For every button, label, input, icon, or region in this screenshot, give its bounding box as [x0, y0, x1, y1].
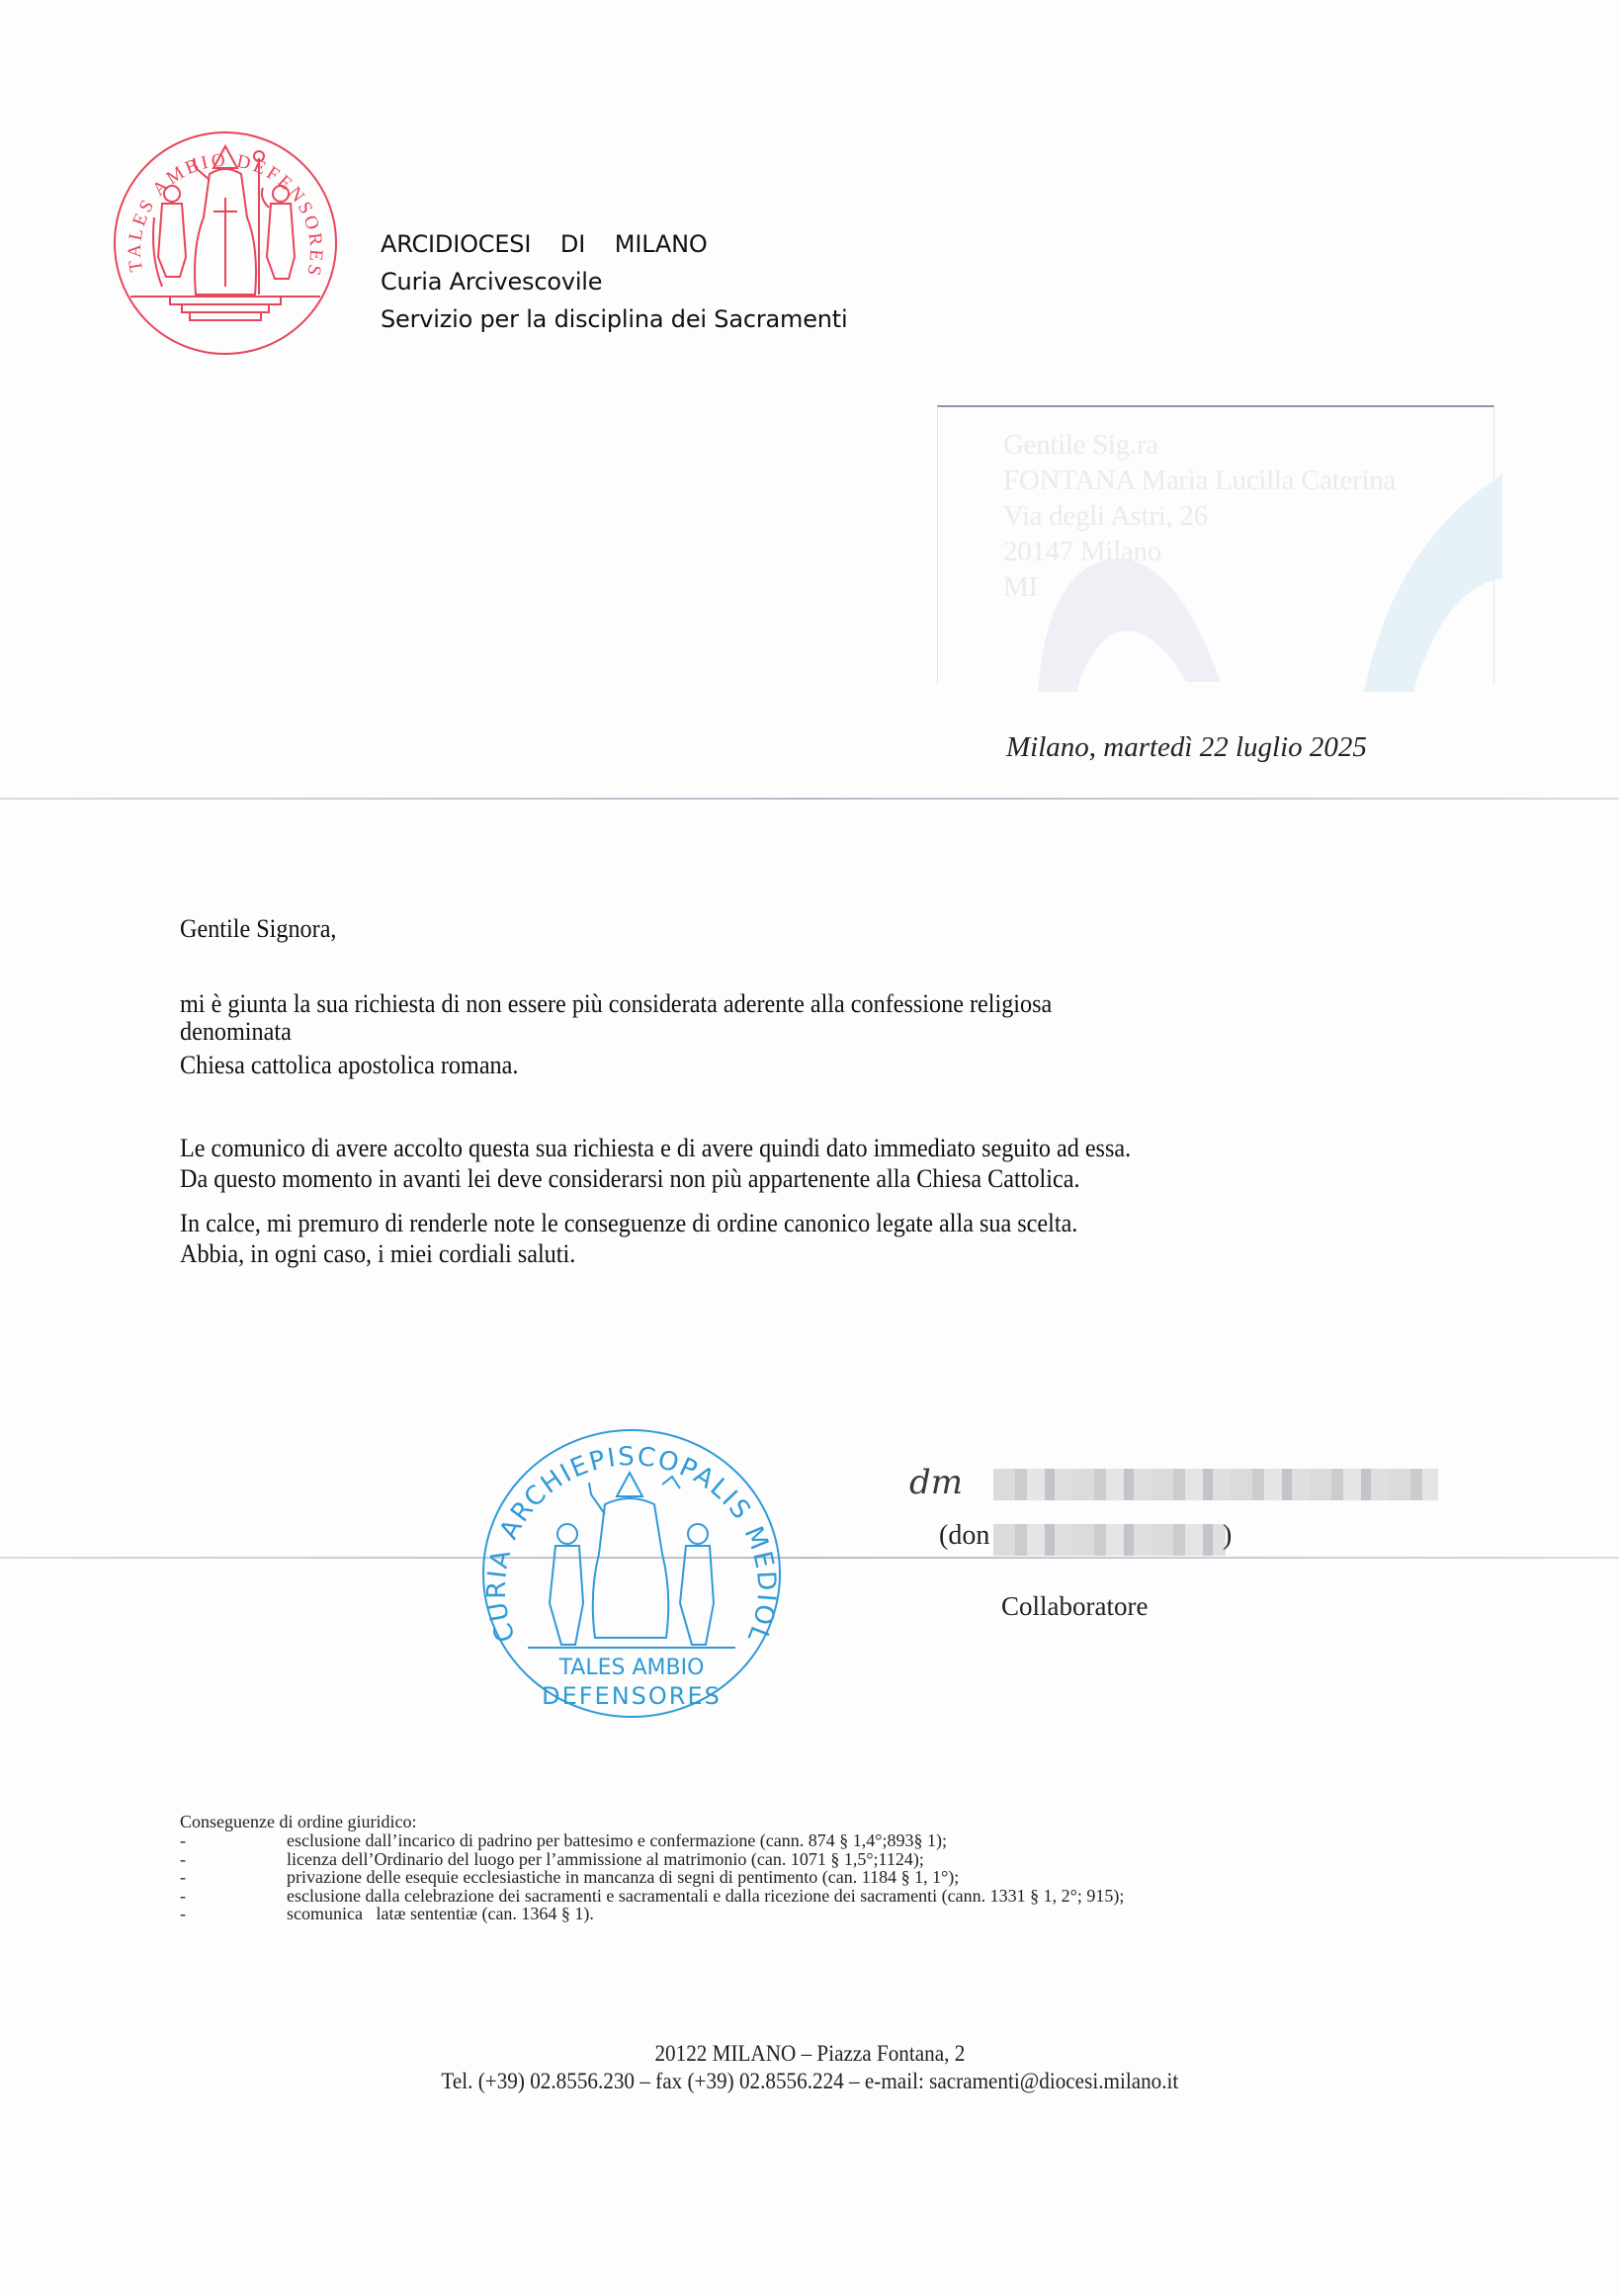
paragraph-request: mi è giunta la sua richiesta di non esse… — [180, 990, 1052, 1079]
footer-address: 20122 MILANO – Piazza Fontana, 2 — [441, 2040, 1178, 2068]
recipient-address: Gentile Sig.ra FONTANA Maria Lucilla Cat… — [1003, 427, 1396, 605]
bullet: - — [180, 1905, 287, 1923]
footnote-item: -privazione delle esequie ecclesiastiche… — [180, 1868, 1124, 1887]
svg-text:TALES AMBIO: TALES AMBIO — [558, 1656, 705, 1680]
footnote-text: scomunica latæ sententiæ (can. 1364 § 1)… — [287, 1905, 594, 1923]
paragraph-line: In calce, mi premuro di renderle note le… — [180, 1208, 1077, 1238]
footnote-item: -licenza dell’Ordinario del luogo per l’… — [180, 1850, 1124, 1869]
footnote-item: -esclusione dalla celebrazione dei sacra… — [180, 1887, 1124, 1906]
footnote-text: esclusione dalla celebrazione dei sacram… — [287, 1887, 1124, 1906]
footnote-item: -scomunica latæ sententiæ (can. 1364 § 1… — [180, 1905, 1124, 1923]
bullet: - — [180, 1850, 287, 1869]
signer-suffix: ) — [1223, 1520, 1232, 1552]
paper-fold-line — [0, 1557, 1619, 1559]
bullet: - — [180, 1831, 287, 1850]
svg-text:CURIA ARCHIEPISCOPALIS MEDIOLA: CURIA ARCHIEPISCOPALIS MEDIOLANI — [478, 1425, 781, 1649]
recipient-province: MI — [1003, 569, 1396, 605]
paragraph-acceptance: Le comunico di avere accolto questa sua … — [180, 1133, 1131, 1194]
signer-role: Collaboratore — [1001, 1591, 1148, 1622]
paragraph-line: mi è giunta la sua richiesta di non esse… — [180, 990, 1052, 1018]
footnote-item: -esclusione dall’incarico di padrino per… — [180, 1831, 1124, 1850]
footnote-text: esclusione dall’incarico di padrino per … — [287, 1831, 947, 1850]
recipient-name: FONTANA Maria Lucilla Caterina — [1003, 463, 1396, 498]
organization-name: ARCIDIOCESI DI MILANO — [381, 225, 847, 263]
paragraph-closing: In calce, mi premuro di renderle note le… — [180, 1208, 1077, 1269]
bullet: - — [180, 1868, 287, 1887]
paragraph-line: Da questo momento in avanti lei deve con… — [180, 1163, 1131, 1194]
redacted-signature — [993, 1469, 1438, 1500]
paragraph-line: Chiesa cattolica apostolica romana. — [180, 1052, 1052, 1079]
footnotes-list: -esclusione dall’incarico di padrino per… — [180, 1831, 1124, 1923]
letterhead: ARCIDIOCESI DI MILANO Curia Arcivescovil… — [381, 225, 847, 338]
paper-fold-line — [0, 798, 1619, 800]
footnote-text: privazione delle esequie ecclesiastiche … — [287, 1868, 959, 1887]
organization-department: Curia Arcivescovile — [381, 263, 847, 300]
archdiocese-seal-icon: TALES AMBIO DEFENSORES — [111, 128, 340, 358]
handwritten-signature: dm — [909, 1463, 963, 1502]
salutation: Gentile Signora, — [180, 915, 336, 943]
footer: 20122 MILANO – Piazza Fontana, 2 Tel. (+… — [0, 2040, 1619, 2095]
footer-contacts: Tel. (+39) 02.8556.230 – fax (+39) 02.85… — [441, 2068, 1178, 2095]
recipient-salutation: Gentile Sig.ra — [1003, 427, 1396, 463]
svg-text:DEFENSORES: DEFENSORES — [542, 1682, 722, 1710]
footnote-text: licenza dell’Ordinario del luogo per l’a… — [287, 1850, 924, 1869]
footnotes-title: Conseguenze di ordine giuridico: — [180, 1813, 416, 1831]
signer-prefix: (don — [939, 1520, 989, 1552]
redacted-signer-name — [993, 1524, 1226, 1556]
letter-date: Milano, martedì 22 luglio 2025 — [1006, 731, 1367, 764]
paragraph-line: Abbia, in ogni caso, i miei cordiali sal… — [180, 1238, 1077, 1269]
curia-stamp-icon: CURIA ARCHIEPISCOPALIS MEDIOLANI TALES A… — [478, 1425, 785, 1722]
organization-service: Servizio per la disciplina dei Sacrament… — [381, 300, 847, 338]
recipient-street: Via degli Astri, 26 — [1003, 498, 1396, 534]
bullet: - — [180, 1887, 287, 1906]
paragraph-line: denominata — [180, 1018, 1052, 1046]
recipient-city: 20147 Milano — [1003, 534, 1396, 569]
paragraph-line: Le comunico di avere accolto questa sua … — [180, 1133, 1131, 1163]
